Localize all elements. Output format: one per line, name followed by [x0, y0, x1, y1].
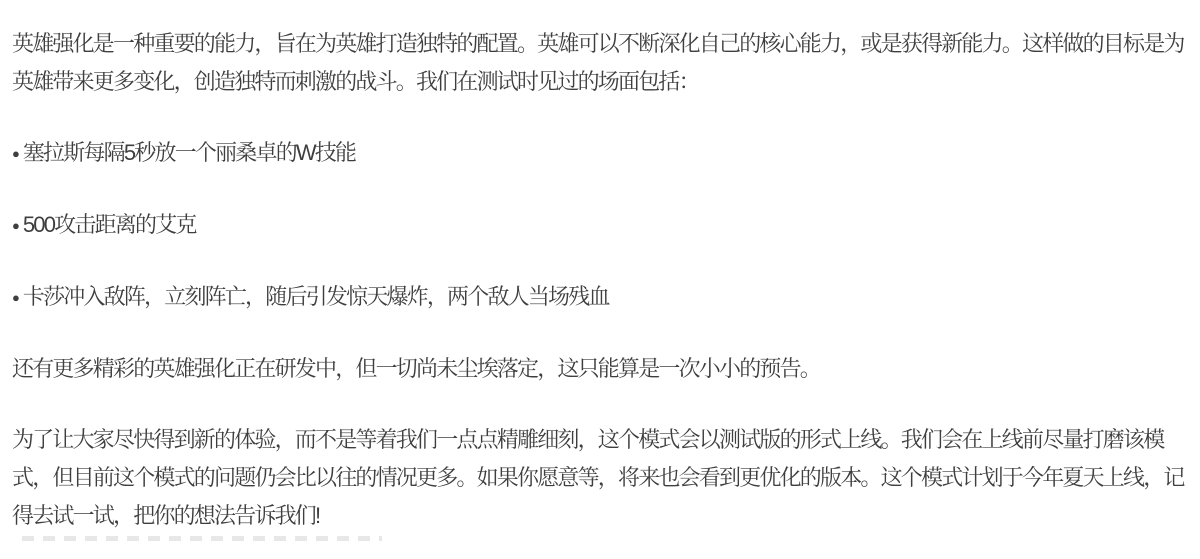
cutoff-text-remnant — [22, 536, 382, 541]
bullet-dot: ● — [12, 146, 20, 161]
bullet-item-text: 塞拉斯每隔5秒放一个丽桑卓的W技能 — [23, 140, 355, 165]
bullet-item-text: 卡莎冲入敌阵，立刻阵亡，随后引发惊天爆炸，两个敌人当场残血 — [23, 284, 609, 309]
bullet-dot: ● — [12, 290, 20, 305]
bullet-item-kaisa: ●卡莎冲入敌阵，立刻阵亡，随后引发惊天爆炸，两个敌人当场残血 — [12, 278, 1187, 317]
paragraph-more-note: 还有更多精彩的英雄强化正在研发中，但一切尚未尘埃落定，这只能算是一次小小的预告。 — [12, 350, 1187, 388]
paragraph-release-note: 为了让大家尽快得到新的体验，而不是等着我们一点点精雕细刻，这个模式会以测试版的形… — [12, 421, 1187, 535]
paragraph-intro: 英雄强化是一种重要的能力，旨在为英雄打造独特的配置。英雄可以不断深化自己的核心能… — [12, 25, 1187, 101]
bullet-item-sylas: ●塞拉斯每隔5秒放一个丽桑卓的W技能 — [12, 134, 1187, 173]
bullet-dot: ● — [12, 218, 20, 233]
bullet-item-text: 500攻击距离的艾克 — [23, 212, 196, 237]
article-body: 英雄强化是一种重要的能力，旨在为英雄打造独特的配置。英雄可以不断深化自己的核心能… — [0, 0, 1192, 535]
bullet-item-ekko: ●500攻击距离的艾克 — [12, 206, 1187, 245]
